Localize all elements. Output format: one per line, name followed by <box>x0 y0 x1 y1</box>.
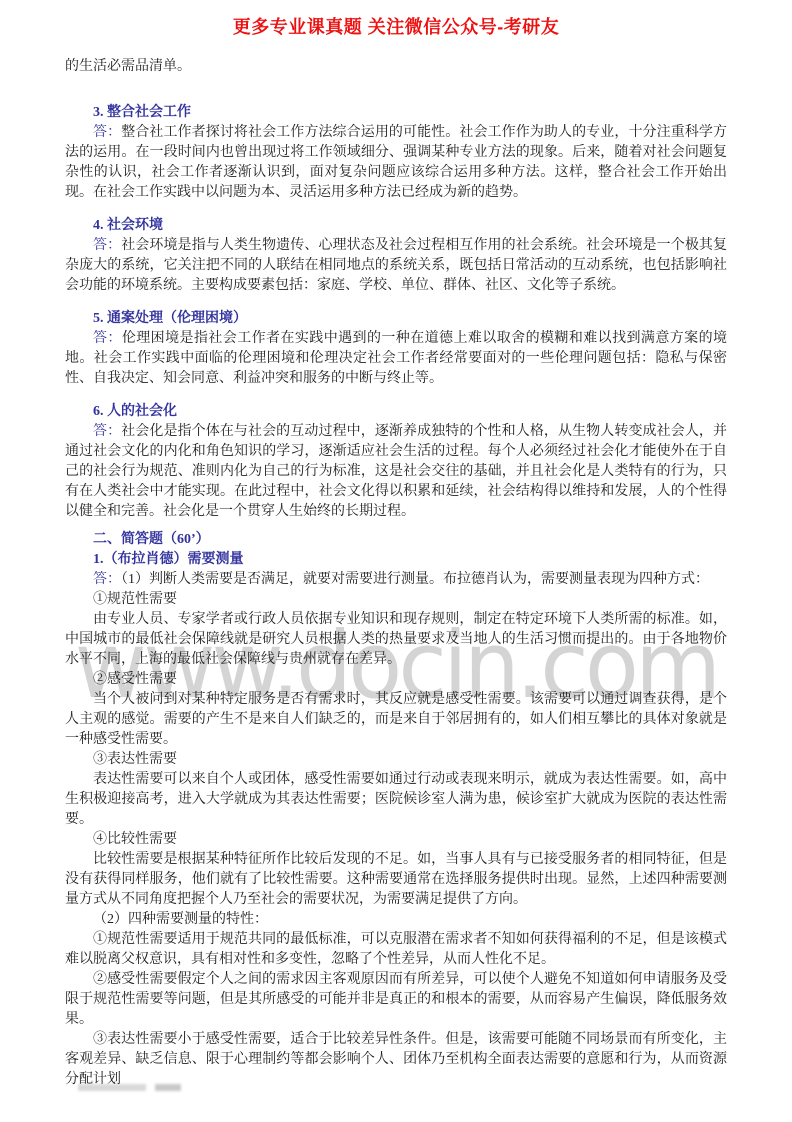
paragraph: ③表达性需要小于感受性需要，适合于比较差异性条件。但是，该需要可能随不同场景而有… <box>65 1030 727 1090</box>
answer-text: 社会化是指个体在与社会的互动过程中，逐渐养成独特的个性和人格，从生物人转变成社会… <box>65 424 727 519</box>
paragraph: ②感受性需要假定个人之间的需求因主客观原因而有所差异，可以使个人避免不知道如何申… <box>65 970 727 1030</box>
section-heading-6: 6. 人的社会化 <box>65 402 727 422</box>
answer-text: （1）判断人类需要是否满足，就要对需要进行测量。布拉德肖认为，需要测量表现为四种… <box>121 572 709 587</box>
continuation-paragraph: 的生活必需品清单。 <box>65 57 727 77</box>
answer-paragraph: 答：（1）判断人类需要是否满足，就要对需要进行测量。布拉德肖认为，需要测量表现为… <box>65 570 727 590</box>
part-two-heading: 二、简答题（60’） <box>65 530 727 550</box>
paragraph: 比较性需要是根据某种特征所作比较后发现的不足。如，当事人具有与已接受服务者的相同… <box>65 850 727 910</box>
answer-label: 答： <box>93 125 121 140</box>
footer-smudge <box>78 1084 181 1091</box>
document-page: 更多专业课真题 关注微信公众号-考研友 www.docin.com 的生活必需品… <box>0 0 792 1122</box>
answer-paragraph: 答：社会环境是指与人类生物遗传、心理状态及社会过程相互作用的社会系统。社会环境是… <box>65 236 727 296</box>
question-1-heading: 1.（布拉肖德）需要测量 <box>65 550 727 570</box>
answer-label: 答： <box>93 424 121 439</box>
sub-item-2: ②感受性需要 <box>65 670 727 690</box>
promo-header: 更多专业课真题 关注微信公众号-考研友 <box>0 13 792 39</box>
document-body: 的生活必需品清单。 3. 整合社会工作 答：整合社工作者探讨将社会工作方法综合运… <box>65 57 727 1090</box>
answer-label: 答： <box>93 331 122 346</box>
paragraph: 当个人被问到对某种特定服务是否有需求时，其反应就是感受性需要。该需要可以通过调查… <box>65 690 727 750</box>
paragraph: 由专业人员、专家学者或行政人员依据专业知识和现存规则，制定在特定环境下人类所需的… <box>65 610 727 670</box>
answer-text: 整合社工作者探讨将社会工作方法综合运用的可能性。社会工作作为助人的专业，十分注重… <box>65 125 727 200</box>
answer-text: 伦理困境是指社会工作者在实践中遇到的一种在道德上难以取舍的模糊和难以找到满意方案… <box>65 331 727 386</box>
answer-paragraph: 答：整合社工作者探讨将社会工作方法综合运用的可能性。社会工作作为助人的专业，十分… <box>65 123 727 203</box>
answer-text: 社会环境是指与人类生物遗传、心理状态及社会过程相互作用的社会系统。社会环境是一个… <box>65 238 727 293</box>
section-heading-4: 4. 社会环境 <box>65 216 727 236</box>
answer-paragraph: 答：伦理困境是指社会工作者在实践中遇到的一种在道德上难以取舍的模糊和难以找到满意… <box>65 329 727 389</box>
section-heading-3: 3. 整合社会工作 <box>65 103 727 123</box>
sub-item-4: ④比较性需要 <box>65 830 727 850</box>
paragraph: （2）四种需要测量的特性： <box>65 910 727 930</box>
section-heading-5: 5. 通案处理（伦理困境） <box>65 309 727 329</box>
sub-item-3: ③表达性需要 <box>65 750 727 770</box>
paragraph: ①规范性需要适用于规范共同的最低标准，可以克服潜在需求者不知如何获得福利的不足，… <box>65 930 727 970</box>
sub-item-1: ①规范性需要 <box>65 590 727 610</box>
paragraph: 表达性需要可以来自个人或团体，感受性需要如通过行动或表现来明示，就成为表达性需要… <box>65 770 727 830</box>
answer-paragraph: 答：社会化是指个体在与社会的互动过程中，逐渐养成独特的个性和人格，从生物人转变成… <box>65 422 727 522</box>
answer-label: 答： <box>93 572 121 587</box>
answer-label: 答： <box>93 238 121 253</box>
